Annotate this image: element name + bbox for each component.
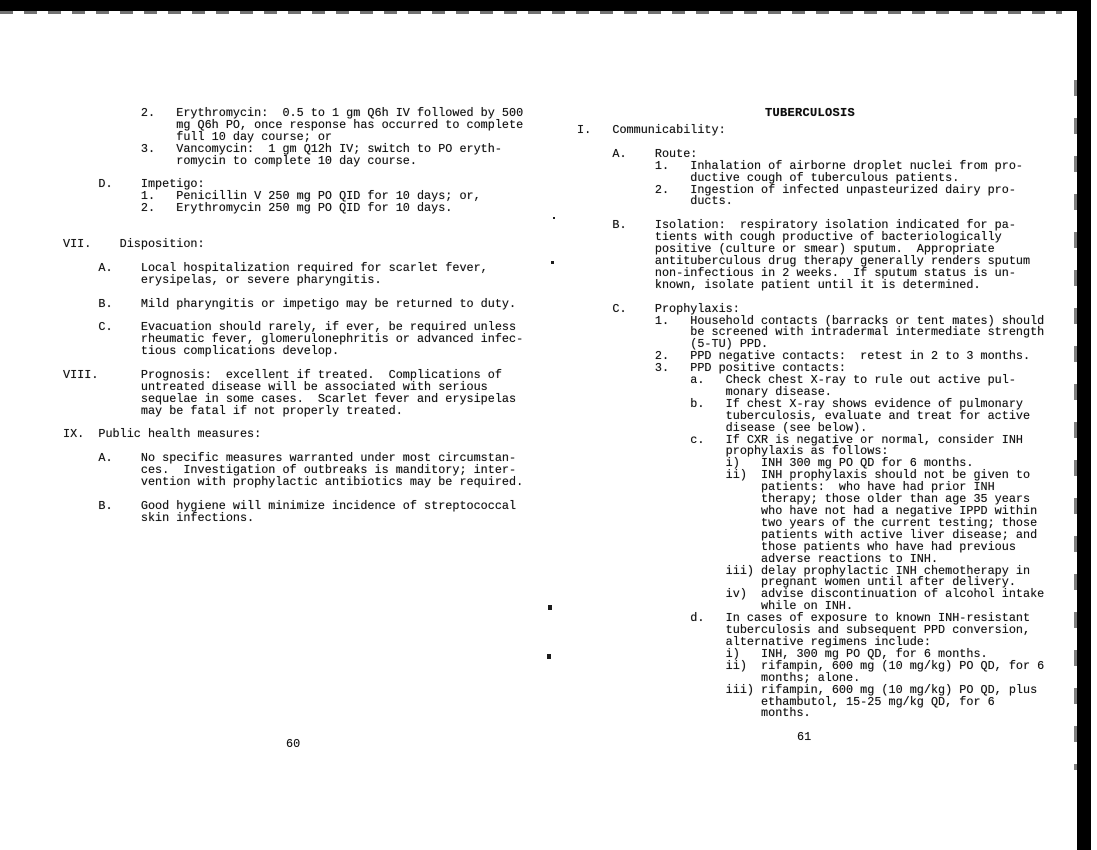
scan-top-edge-artifact xyxy=(0,0,1091,11)
scan-right-edge-fringe xyxy=(1074,80,1077,770)
right-page-number: 61 xyxy=(797,731,811,743)
toner-speck xyxy=(547,654,551,659)
toner-speck xyxy=(548,605,552,610)
left-page-number: 60 xyxy=(286,738,300,750)
scanned-document: 2. Erythromycin: 0.5 to 1 gm Q6h IV foll… xyxy=(0,0,1097,850)
left-page-body: 2. Erythromycin: 0.5 to 1 gm Q6h IV foll… xyxy=(63,108,523,525)
scan-top-edge-fringe xyxy=(0,11,1062,14)
right-page-body: I. Communicability: A. Route: 1. Inhalat… xyxy=(577,125,1044,720)
scan-right-edge-artifact xyxy=(1077,5,1091,850)
toner-speck xyxy=(551,261,554,264)
right-page-title: TUBERCULOSIS xyxy=(765,107,855,119)
toner-speck xyxy=(553,217,555,219)
